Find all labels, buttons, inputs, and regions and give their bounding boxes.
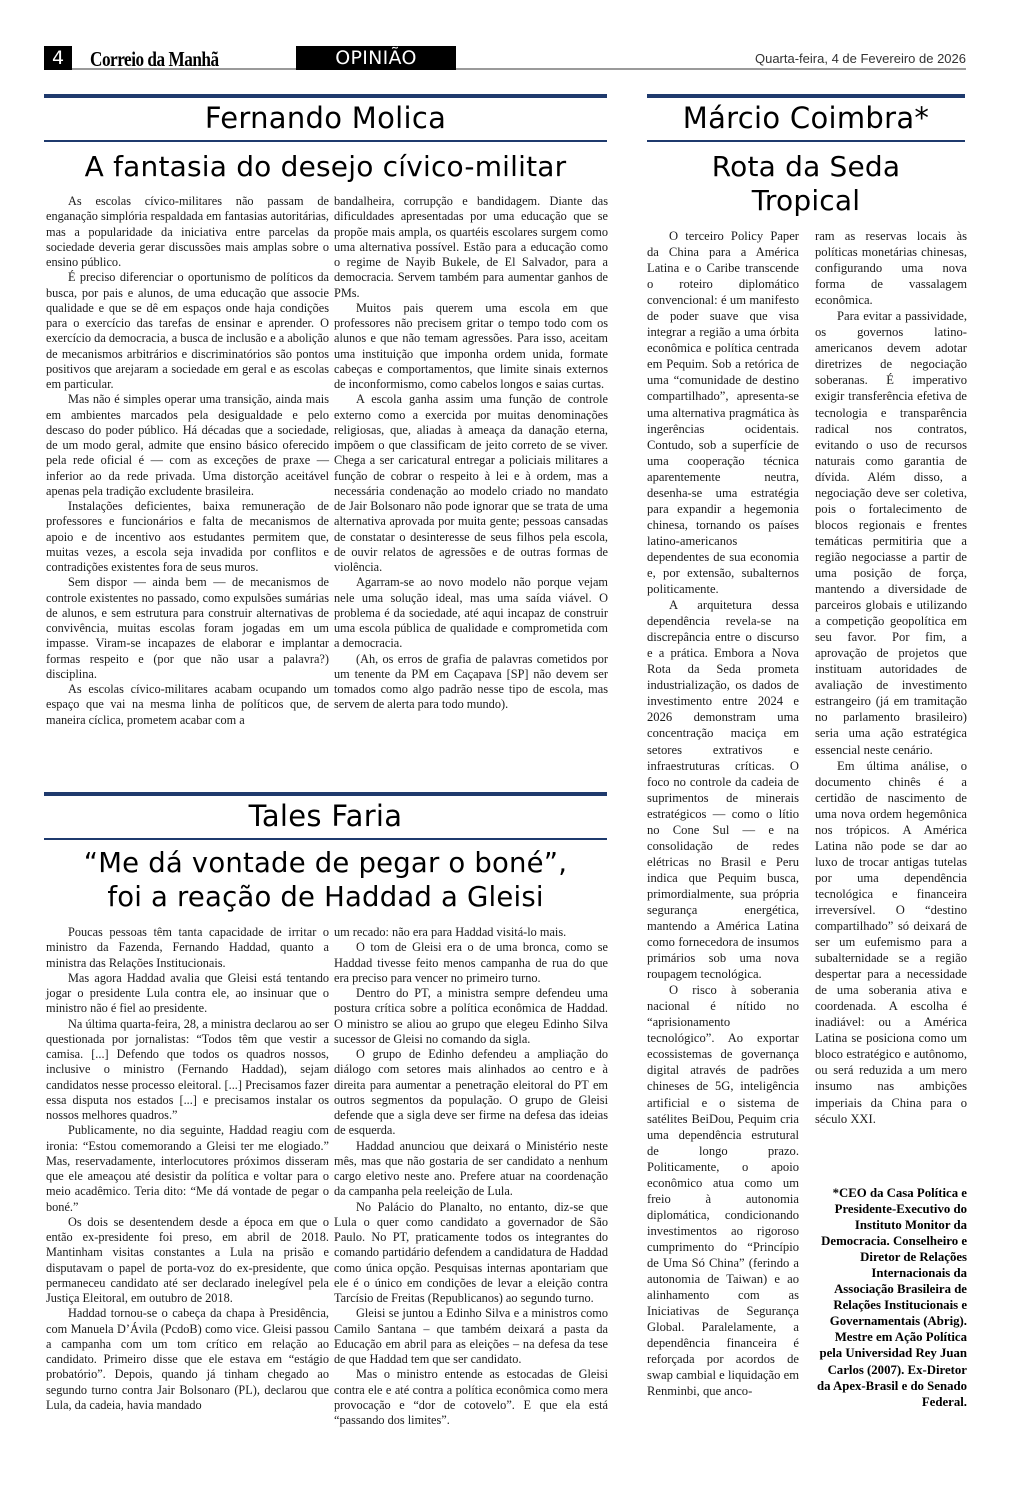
paragraph: As escolas cívico-militares não passam d… [46,194,329,270]
byline-block: Márcio Coimbra* [647,94,965,142]
article-column-2: bandalheira, corrupção e bandidagem. Dia… [334,194,608,713]
article-headline: Rota da Seda Tropical [647,150,965,218]
paragraph: As escolas cívico-militares acabam ocupa… [46,682,329,728]
page-number: 4 [44,46,72,70]
headline-line-1: Rota da Seda [647,150,965,184]
paragraph: Na última quarta-feira, 28, a ministra d… [46,1017,329,1124]
issue-date: Quarta-feira, 4 de Fevereiro de 2026 [755,51,966,66]
paragraph: Dentro do PT, a ministra sempre defendeu… [334,986,608,1047]
paragraph: Haddad anunciou que deixará o Ministério… [334,1139,608,1200]
paragraph: Muitos pais querem uma escola em que pro… [334,301,608,393]
paragraph: Os dois se desentendem desde a época em … [46,1215,329,1307]
article-column-1: As escolas cívico-militares não passam d… [46,194,329,728]
article-column-2: ram as reservas locais às políticas mone… [815,228,967,1127]
paragraph: A escola ganha assim uma função de contr… [334,392,608,575]
article-headline: “Me dá vontade de pegar o boné”, foi a r… [44,846,607,914]
paragraph: Em última análise, o documento chinês é … [815,758,967,1127]
article-column-1: Poucas pessoas têm tanta capacidade de i… [46,925,329,1413]
paragraph: O risco à soberania nacional é nítido no… [647,982,799,1399]
paragraph: Instalações deficientes, baixa remuneraç… [46,499,329,575]
paragraph: O grupo de Edinho defendeu a ampliação d… [334,1047,608,1139]
paragraph: Haddad tornou-se o cabeça da chapa à Pre… [46,1306,329,1413]
headline-line-2: Tropical [647,184,965,218]
headline-line-1: “Me dá vontade de pegar o boné”, [44,846,607,880]
newspaper-logo: Correio da Manhã [90,47,219,72]
paragraph: No Palácio do Planalto, no entanto, diz-… [334,1200,608,1307]
paragraph: (Ah, os erros de grafia de palavras come… [334,652,608,713]
paragraph: O terceiro Policy Paper da China para a … [647,228,799,597]
paragraph: Sem dispor — ainda bem — de mecanismos d… [46,575,329,682]
paragraph: Mas o ministro entende as estocadas de G… [334,1367,608,1428]
paragraph: bandalheira, corrupção e bandidagem. Dia… [334,194,608,301]
paragraph: É preciso diferenciar o oportunismo de p… [46,270,329,392]
author-byline: Tales Faria [44,796,607,840]
byline-block: Tales Faria [44,792,607,840]
paragraph: ram as reservas locais às políticas mone… [815,228,967,308]
author-bio-footnote: *CEO da Casa Política e Presidente-Execu… [815,1185,967,1410]
paragraph: A arquitetura dessa dependência revela-s… [647,597,799,982]
section-label: OPINIÃO [296,46,456,70]
masthead: 4 Correio da Manhã OPINIÃO Quarta-feira,… [44,46,966,70]
paragraph: Publicamente, no dia seguinte, Haddad re… [46,1123,329,1215]
byline-block: Fernando Molica [44,94,607,142]
paragraph: Mas agora Haddad avalia que Gleisi está … [46,971,329,1017]
paragraph: Gleisi se juntou a Edinho Silva e a mini… [334,1306,608,1367]
paragraph: Para evitar a passividade, os governos l… [815,308,967,757]
paragraph: um recado: não era para Haddad visitá-lo… [334,925,608,940]
paragraph: Agarram-se ao novo modelo não porque vej… [334,575,608,651]
author-byline: Fernando Molica [44,98,607,142]
paragraph: O tom de Gleisi era o de uma bronca, com… [334,940,608,986]
article-headline: A fantasia do desejo cívico-militar [44,148,607,186]
author-byline: Márcio Coimbra* [647,98,965,142]
article-column-1: O terceiro Policy Paper da China para a … [647,228,799,1399]
headline-line-2: foi a reação de Haddad a Gleisi [44,880,607,914]
paragraph: Mas não é simples operar uma transição, … [46,392,329,499]
paragraph: Poucas pessoas têm tanta capacidade de i… [46,925,329,971]
article-column-2: um recado: não era para Haddad visitá-lo… [334,925,608,1428]
